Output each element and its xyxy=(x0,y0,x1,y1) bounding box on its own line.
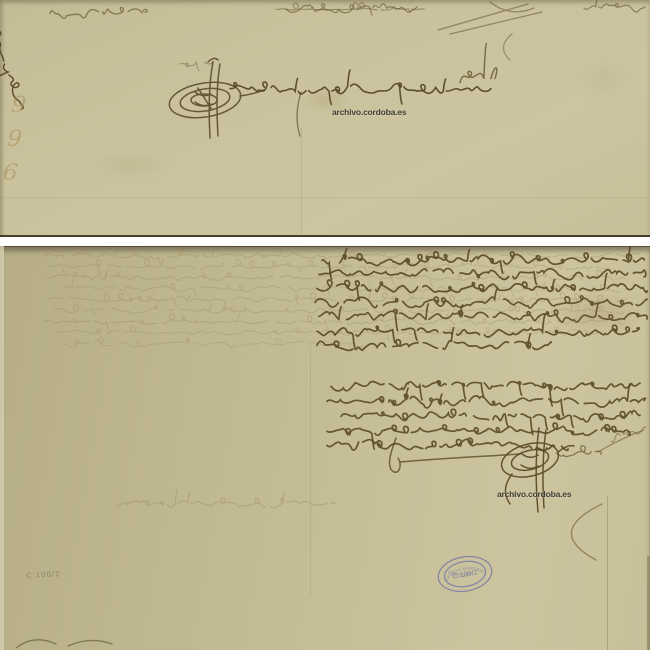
scanned-document-page: 996 archivo.cordoba.es xyxy=(0,0,650,650)
rubric-flourish xyxy=(150,58,265,143)
paper-stain xyxy=(545,291,645,336)
archive-watermark: archivo.cordoba.es xyxy=(497,489,571,499)
strike-through-stroke xyxy=(276,5,426,13)
paren-stroke xyxy=(492,32,516,64)
line-end-flourish xyxy=(460,66,496,98)
paper-stain xyxy=(90,150,170,180)
stamp-svg: ARCHIVO MUNICIPAL CORDOBA C.100/2 xyxy=(433,547,498,600)
signature-stroke xyxy=(584,2,646,14)
fold-crease xyxy=(607,496,608,650)
handwriting-stroke-svg xyxy=(276,5,426,13)
fold-crease xyxy=(301,128,302,237)
signature-stroke xyxy=(50,1,146,25)
handwriting-stroke-svg xyxy=(116,494,334,514)
scan-separator xyxy=(0,237,650,246)
paper-stain xyxy=(300,88,350,113)
manuscript-line xyxy=(317,336,552,354)
handwriting-stroke-svg xyxy=(317,336,552,354)
archive-stamp: ARCHIVO MUNICIPAL CORDOBA C.100/2 xyxy=(433,547,498,600)
fold-crease xyxy=(0,197,650,198)
bottom-document-scan: archivo.cordoba.es ARCHIVO MUNICIPAL xyxy=(0,246,650,650)
paren-stroke xyxy=(550,500,610,566)
margin-numerals: 996 xyxy=(0,91,31,195)
paper-edge xyxy=(0,246,4,650)
handwriting-stroke-svg xyxy=(460,66,496,98)
handwriting-stroke-svg xyxy=(230,76,492,100)
manuscript-line xyxy=(230,76,492,100)
cutoff-strokes xyxy=(10,630,120,650)
fold-crease xyxy=(310,346,311,596)
crossed-strokes xyxy=(430,0,550,36)
top-document-scan: 996 archivo.cordoba.es xyxy=(0,0,650,237)
paper-stain xyxy=(570,55,640,100)
pencil-note: C 100/2 xyxy=(26,569,61,580)
handwriting-stroke-svg xyxy=(584,2,646,14)
handwriting-stroke-svg xyxy=(50,1,146,25)
faint-manuscript-line xyxy=(116,494,334,514)
